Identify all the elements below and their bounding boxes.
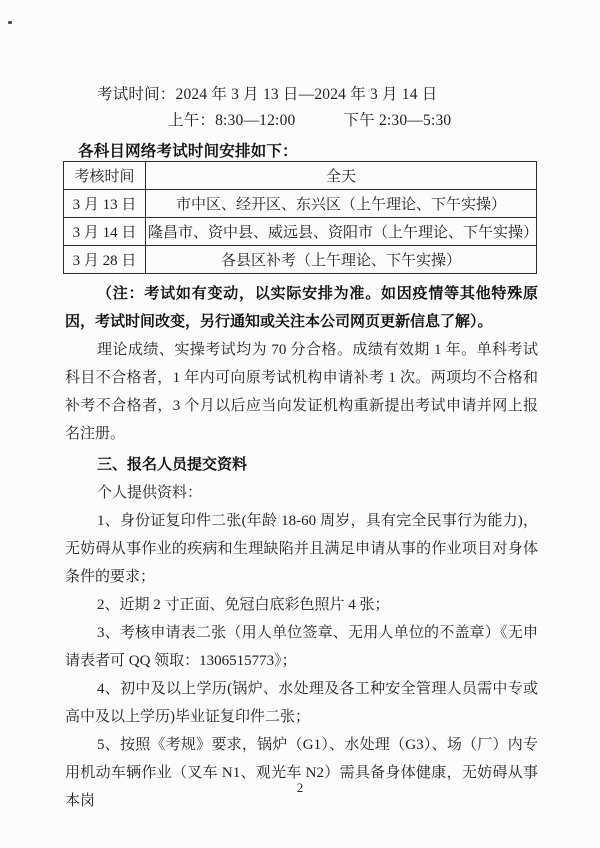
passing-rules-paragraph: 理论成绩、实操考试均为 70 分合格。成绩有效期 1 年。单科考试科目不合格者，… <box>65 336 538 448</box>
table-cell-date: 3 月 28 日 <box>64 246 146 274</box>
table-row: 3 月 14 日 隆昌市、资中县、威远县、资阳市（上午理论、下午实操） <box>64 218 537 246</box>
requirement-item-5: 5、按照《考规》要求，锅炉（G1）、水处理（G3）、场（厂）内专用机动车辆作业（… <box>65 731 538 815</box>
table-row: 3 月 13 日 市中区、经开区、东兴区（上午理论、下午实操） <box>64 190 537 218</box>
table-row: 3 月 28 日 各县区补考（上午理论、下午实操） <box>64 246 537 274</box>
section3-heading: 三、报名人员提交资料 <box>65 451 538 479</box>
afternoon-session-time: 下午 2:30—5:30 <box>343 112 451 129</box>
requirement-item-3: 3、考核申请表二张（用人单位签章、无用人单位的不盖章）《无申请表者可 QQ 领取… <box>65 619 538 675</box>
requirement-item-1: 1、身份证复印件二张(年龄 18-60 周岁，具有完全民事行为能力)，无妨碍从事… <box>65 507 538 591</box>
schedule-intro-line: 各科目网络考试时间安排如下： <box>78 139 298 161</box>
exam-schedule-table: 考核时间 全天 3 月 13 日 市中区、经开区、东兴区（上午理论、下午实操） … <box>63 161 537 274</box>
note-paragraph: （注：考试如有变动，以实际安排为准。如因疫情等其他特殊原因，考试时间改变，另行通… <box>65 280 538 336</box>
table-header-allday: 全天 <box>146 162 537 190</box>
page-number: 2 <box>0 780 600 796</box>
scan-speck-artifact <box>8 21 12 24</box>
table-cell-date: 3 月 13 日 <box>64 190 146 218</box>
table-cell-districts: 隆昌市、资中县、威远县、资阳市（上午理论、下午实操） <box>146 218 537 246</box>
table-header-time: 考核时间 <box>64 162 146 190</box>
requirement-item-2: 2、近期 2 寸正面、免冠白底彩色照片 4 张； <box>65 591 538 619</box>
morning-session-time: 上午：8:30—12:00 <box>168 112 295 129</box>
table-cell-districts: 市中区、经开区、东兴区（上午理论、下午实操） <box>146 190 537 218</box>
document-body: （注：考试如有变动，以实际安排为准。如因疫情等其他特殊原因，考试时间改变，另行通… <box>65 280 538 815</box>
table-cell-districts: 各县区补考（上午理论、下午实操） <box>146 246 537 274</box>
requirement-item-4: 4、初中及以上学历(锅炉、水处理及各工种安全管理人员需中专或高中及以上学历)毕业… <box>65 675 538 731</box>
session-times-line: 上午：8:30—12:00下午 2:30—5:30 <box>168 108 451 130</box>
exam-time-line: 考试时间：2024 年 3 月 13 日—2024 年 3 月 14 日 <box>97 82 437 104</box>
table-header-row: 考核时间 全天 <box>64 162 537 190</box>
table-cell-date: 3 月 14 日 <box>64 218 146 246</box>
scanned-document-page: 考试时间：2024 年 3 月 13 日—2024 年 3 月 14 日 上午：… <box>0 0 600 848</box>
section3-intro: 个人提供资料： <box>65 479 538 507</box>
